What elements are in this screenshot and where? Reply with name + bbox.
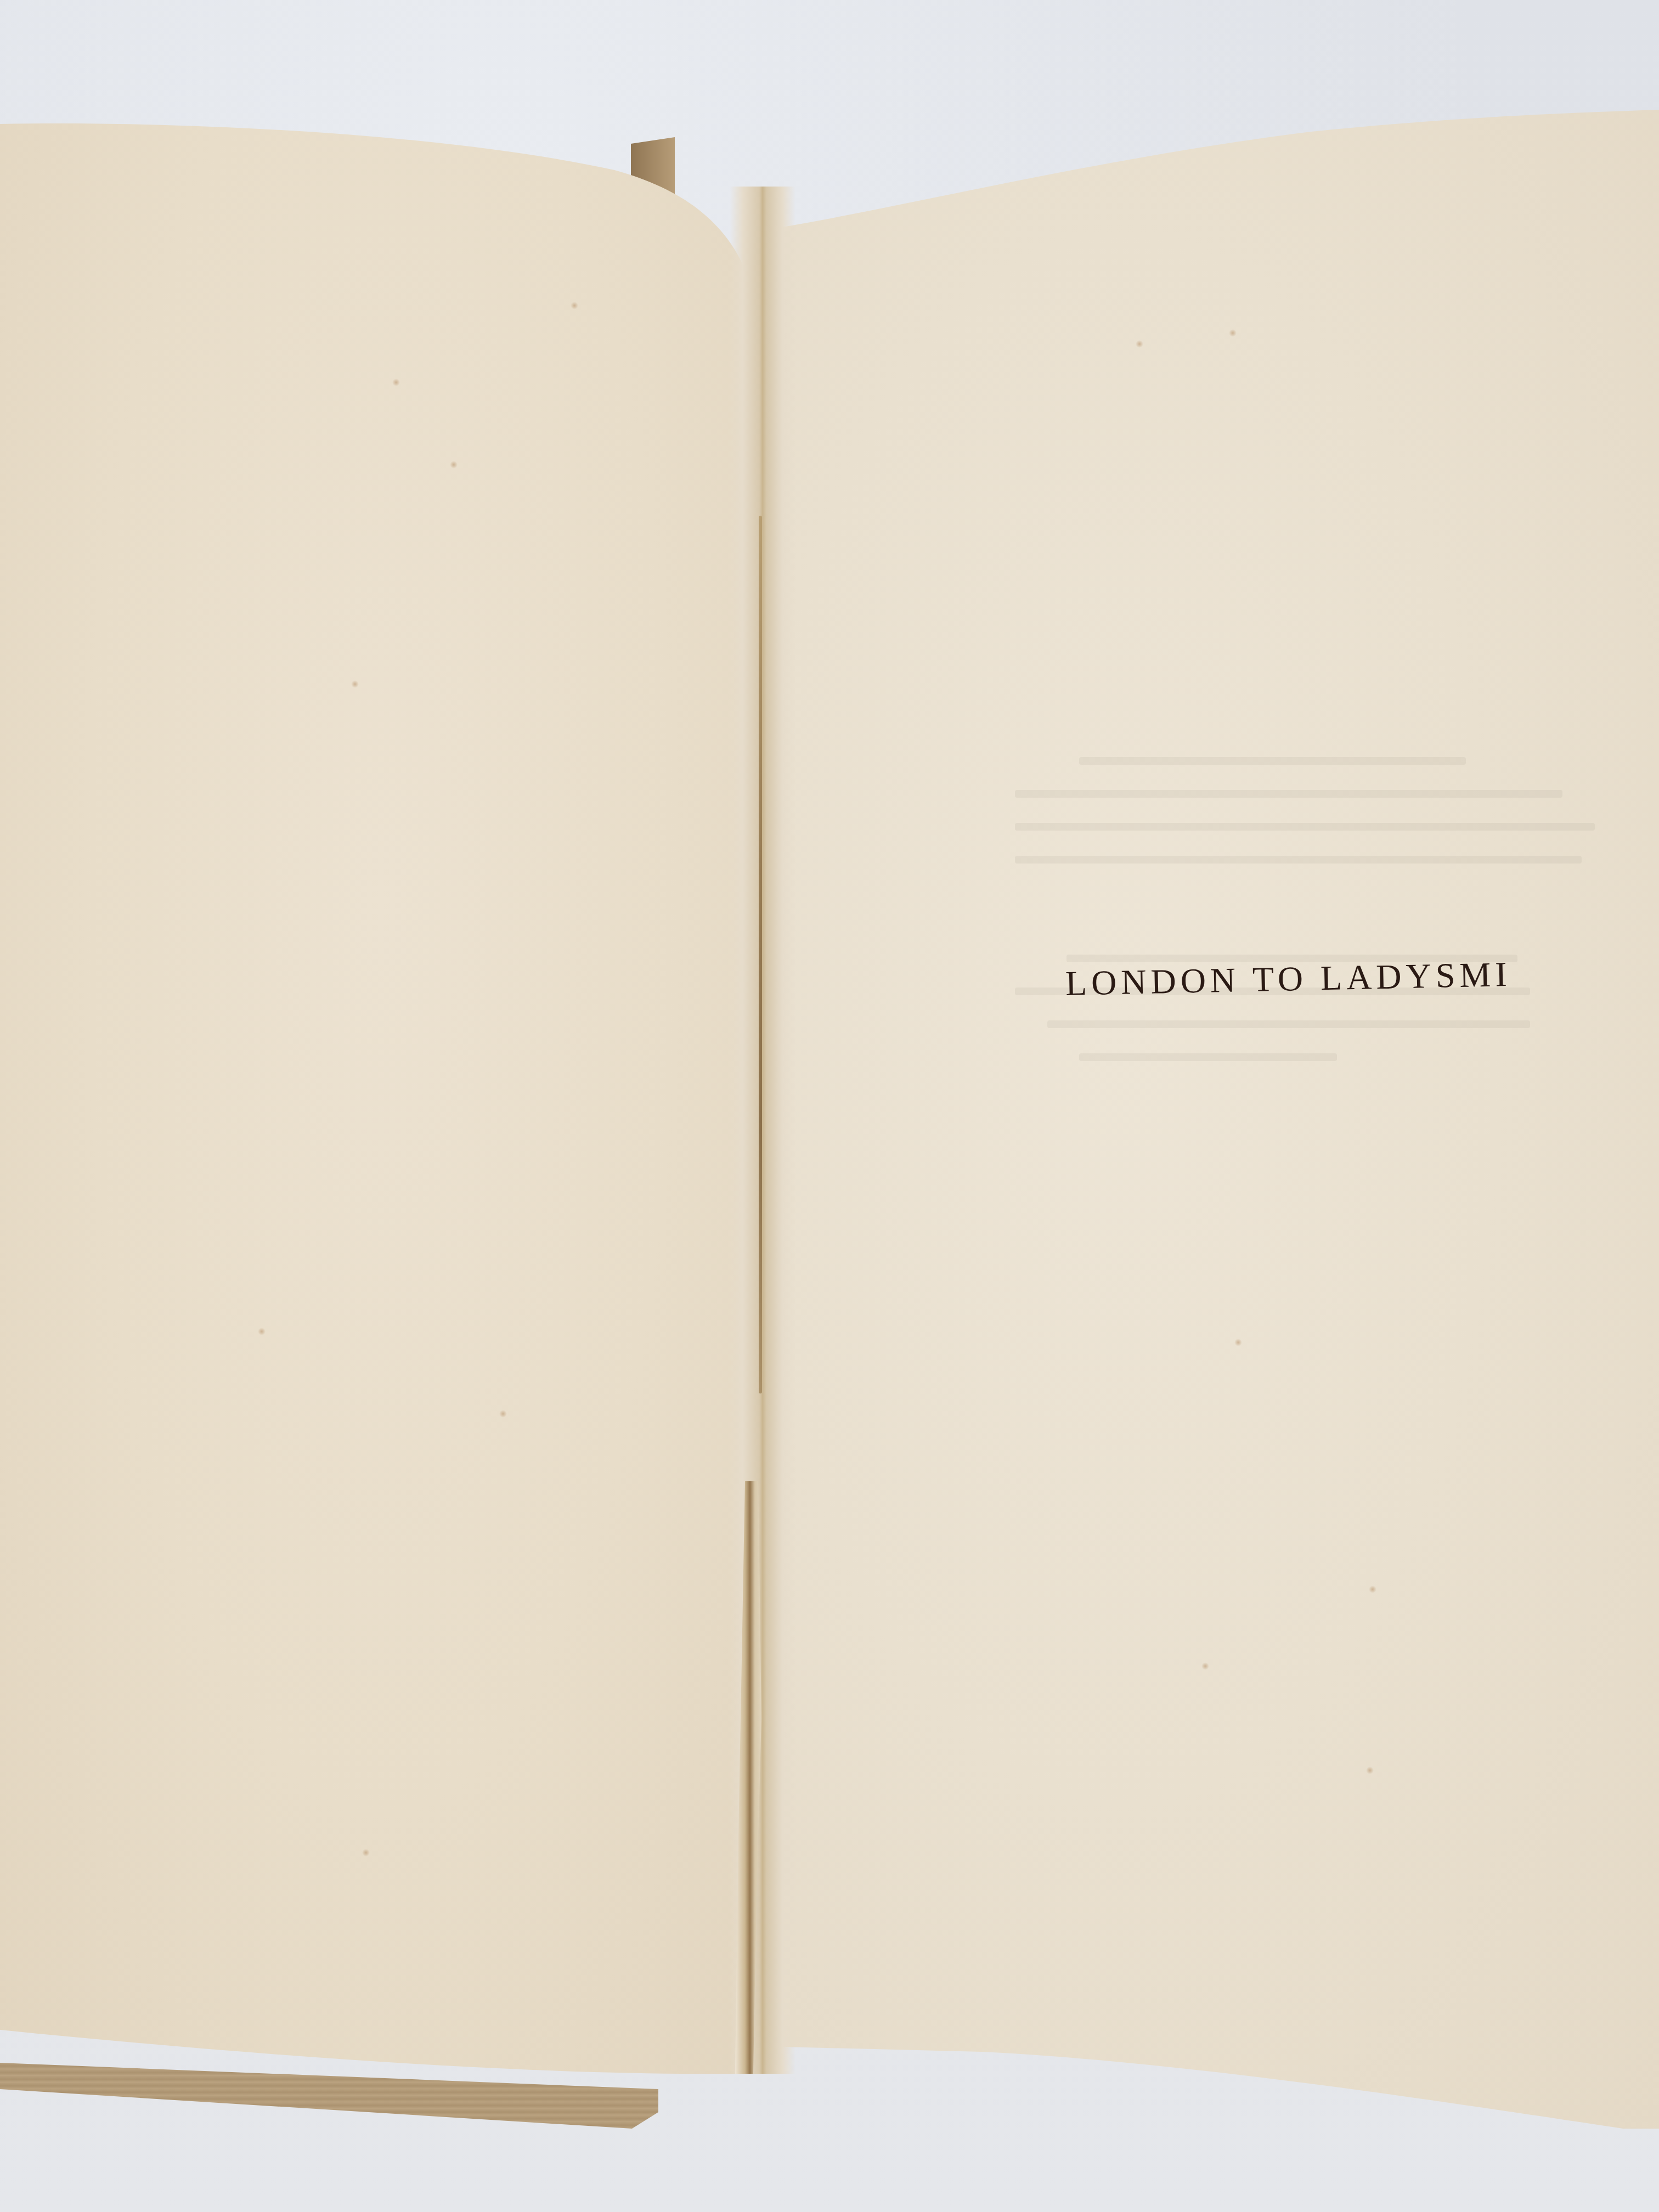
foxing-spot [450,461,458,469]
foxing-spot [499,1410,507,1418]
left-page [0,121,763,2074]
foxing-spot [1201,1662,1209,1670]
photo-scene: LONDON TO LADYSMI [0,0,1659,2212]
foxing-spot [571,302,578,309]
foxing-spot [1229,329,1237,337]
foxing-spot [1369,1585,1376,1593]
foxing-spot [351,680,359,688]
foxing-spot [1136,340,1143,348]
foxing-spot [1234,1339,1242,1346]
binding-thread [759,516,762,1393]
foxing-spot [258,1328,266,1335]
foxing-spot [1366,1767,1374,1774]
foxing-spot [362,1849,370,1857]
foxing-spot [392,379,400,386]
reverse-side-showthrough [1015,757,1659,1251]
